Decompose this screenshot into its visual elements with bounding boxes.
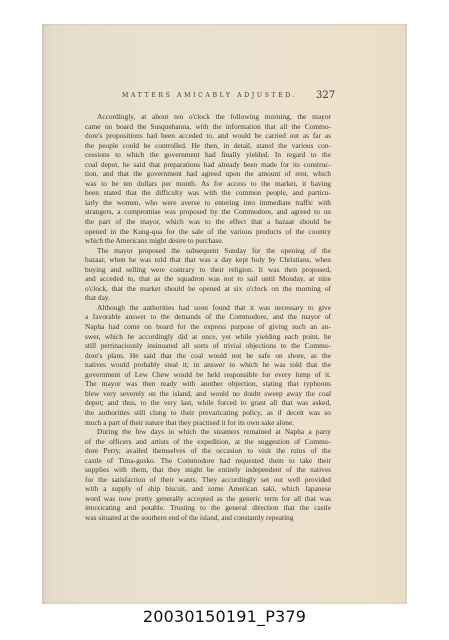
text-line: depot; and thus, to the very last, while… [85,398,331,408]
text-line: Although the authorities had soon found … [85,303,331,313]
paragraph-3: Although the authorities had soon found … [85,303,331,427]
paragraph-2: The mayor proposed the subsequent Sunday… [85,246,331,303]
text-line: During the few days in which the steamer… [85,427,331,437]
text-line: The mayor was then ready with another ob… [85,379,331,389]
text-line: the part of the mayor, which was to the … [85,217,331,227]
text-line: much a part of their nature that they pr… [85,418,331,428]
text-line: a favorable answer to the demands of the… [85,312,331,322]
text-line: dore Perry, availed themselves of the oc… [85,446,331,456]
text-line: swer, which he accordingly did at once, … [85,332,331,342]
text-line: with a supply of ship biscuit, and some … [85,484,331,494]
running-head: MATTERS AMICABLY ADJUSTED. 327 [42,92,407,104]
text-line: strangers, a compromise was proposed by … [85,207,331,217]
scanned-book-page: MATTERS AMICABLY ADJUSTED. 327 According… [42,24,407,604]
text-line: word was now pretty generally accepted a… [85,494,331,504]
text-line: The mayor proposed the subsequent Sunday… [85,246,331,256]
text-line: the people could be controlled. He then,… [85,141,331,151]
text-line: for the satisfaction of their wants. The… [85,475,331,485]
text-line: opened in the Kung-qua for the sale of t… [85,227,331,237]
paragraph-4: During the few days in which the steamer… [85,427,331,522]
text-line: blew very severely on the island, and wo… [85,389,331,399]
text-line: natives would probably steal it; in answ… [85,360,331,370]
page-number: 327 [316,90,335,101]
text-line: still pertinaciously insinuated all sort… [85,341,331,351]
text-line: bazaar, when he was told that that was a… [85,255,331,265]
running-title: MATTERS AMICABLY ADJUSTED. [122,92,297,99]
text-line: larly the women, who were averse to ente… [85,198,331,208]
text-line: of the officers and artists of the exped… [85,437,331,447]
text-line: which the Americans might desire to purc… [85,236,331,246]
text-line: Accordingly, at about ten o'clock the fo… [85,112,331,122]
text-line: supplies with them, that they might be e… [85,465,331,475]
text-line: came on board the Susquehanna, with the … [85,122,331,132]
text-line: intoxicating and potable. Trusting to th… [85,503,331,513]
text-line: the authorities still clung to their pre… [85,408,331,418]
text-line: that day. [85,293,331,303]
body-text: Accordingly, at about ten o'clock the fo… [85,112,331,523]
text-line: dore's plans. He said that the coal woul… [85,351,331,361]
text-line: government of Lew Chew would be held res… [85,370,331,380]
paragraph-1: Accordingly, at about ten o'clock the fo… [85,112,331,246]
text-line: Napha had come on board for the express … [85,322,331,332]
text-line: and acceded to, that as the squadron was… [85,274,331,284]
text-line: castle of Tima-gusko. The Commodore had … [85,456,331,466]
text-line: cessions to which the government had fin… [85,150,331,160]
text-line: was situated at the southern end of the … [85,513,331,523]
text-line: tion, and that the government had agreed… [85,169,331,179]
image-caption: 20030150191_P379 [0,607,449,626]
text-line: buying and selling were contrary to thei… [85,265,331,275]
text-line: been stated that the difficulty was with… [85,188,331,198]
text-line: o'clock, that the market should be opene… [85,284,331,294]
text-line: was to be ten dollars per month. As for … [85,179,331,189]
text-line: coal depot, he said that preparations ha… [85,160,331,170]
text-line: dore's propositions had been acceded to,… [85,131,331,141]
